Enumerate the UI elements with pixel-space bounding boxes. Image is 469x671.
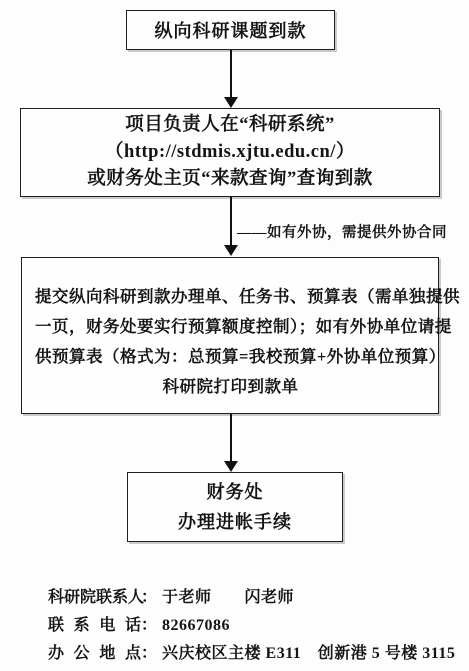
down-arrow-icon (224, 50, 238, 108)
contact-person-label: 科研院联系人 (48, 584, 141, 612)
external-cooperation-note: ——如有外协，需提供外协合同 (237, 221, 447, 242)
arrow-head-icon (224, 245, 238, 256)
flow-box-submit-documents: 提交纵向科研到款办理单、任务书、预算表（需单独提供 一页，财务处要实行预算额度控… (21, 257, 439, 414)
flow-box-query-funds: 项目负责人在“科研系统” （http://stdmis.xjtu.edu.cn/… (20, 108, 440, 197)
query-line-1: 项目负责人在“科研系统” (125, 112, 335, 139)
contact-phone-value: 82667086 (162, 612, 230, 640)
contact-row-person: 科研院联系人：于老师 闪老师 (48, 584, 455, 612)
query-line-3: 或财务处主页“来款查询”查询到款 (87, 166, 373, 193)
finance-line-1: 财务处 (207, 477, 264, 507)
arrow-line (230, 50, 232, 98)
contact-info-block: 科研院联系人：于老师 闪老师 联系电话：82667086 办公地点：兴庆校区主楼… (48, 584, 455, 668)
arrow-line (230, 197, 232, 246)
query-line-url: （http://stdmis.xjtu.edu.cn/） (105, 139, 355, 166)
submit-line-1: 提交纵向科研到款办理单、任务书、预算表（需单独提供 (35, 282, 426, 312)
contact-colon: ： (141, 584, 157, 612)
down-arrow-icon (224, 197, 238, 256)
contact-phone-label: 联系电话 (48, 612, 141, 640)
flowchart-canvas: 纵向科研课题到款 项目负责人在“科研系统” （http://stdmis.xjt… (0, 0, 469, 671)
submit-line-4: 科研院打印到款单 (35, 372, 426, 402)
contact-address-label: 办公地点 (48, 640, 141, 668)
down-arrow-icon (224, 414, 238, 472)
contact-row-address: 办公地点：兴庆校区主楼 E311 创新港 5 号楼 3115 (48, 640, 455, 668)
submit-line-3: 供预算表（格式为：总预算=我校预算+外协单位预算） (35, 342, 426, 372)
arrow-line (230, 414, 232, 462)
flow-box-funding-arrival: 纵向科研课题到款 (126, 10, 335, 50)
contact-address-value: 兴庆校区主楼 E311 创新港 5 号楼 3115 (162, 640, 455, 668)
arrow-head-icon (224, 461, 238, 472)
contact-colon: ： (141, 640, 157, 668)
finance-line-2: 办理进帐手续 (178, 507, 292, 537)
flow-box-funding-arrival-label: 纵向科研课题到款 (155, 17, 307, 43)
flow-box-finance-office: 财务处 办理进帐手续 (127, 472, 343, 542)
arrow-head-icon (224, 97, 238, 108)
contact-person-value: 于老师 闪老师 (162, 584, 294, 612)
submit-line-2: 一页，财务处要实行预算额度控制）；如有外协单位请提 (35, 312, 426, 342)
contact-colon: ： (141, 612, 157, 640)
contact-row-phone: 联系电话：82667086 (48, 612, 455, 640)
